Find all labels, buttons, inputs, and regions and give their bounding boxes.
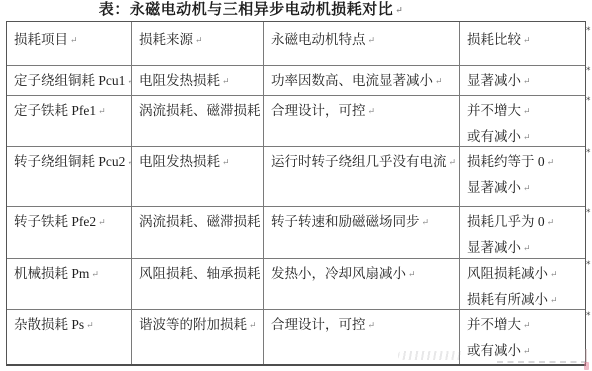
header-cell-source: 损耗来源↵ [132,22,264,66]
table-cell-source: 涡流损耗、磁滞损耗↵ [132,96,264,147]
header-label: 损耗比较↵ [467,27,581,53]
paragraph-mark: ↵ [98,217,106,227]
table-cell-feature: 运行时转子绕组几乎没有电流↵ [264,147,460,207]
row-end-mark: * [586,312,592,320]
paragraph-mark: ↵ [70,35,78,45]
paragraph-mark: ↵ [98,106,106,116]
paragraph-mark: ↵ [550,269,558,279]
cell-text: 机械损耗 Pm↵ [14,261,127,287]
paragraph-mark: ↵ [523,183,531,193]
cell-text: 损耗约等于 0↵ [467,149,581,175]
cell-text: 电阻发热损耗↵ [139,68,259,94]
paragraph-mark: ↵ [523,320,531,330]
cell-text: 或有减小↵ [467,124,581,147]
table-cell-comparison: 风阻损耗减小↵ 损耗有所减小↵ [460,259,585,310]
cell-text: 杂散损耗 Ps↵ [14,312,127,338]
table-cell-source: 电阻发热损耗↵ [132,147,264,207]
paragraph-mark: ↵ [523,76,531,86]
paragraph-mark: ↵ [449,157,457,167]
table-cell-item: 转子铁耗 Pfe2↵ [7,207,132,259]
header-cell-feature: 永磁电动机特点↵ [264,22,460,66]
table-cell-comparison: 损耗约等于 0↵ 显著减小↵ [460,147,585,207]
paragraph-mark: ↵ [547,217,555,227]
paragraph-mark: ↵ [368,320,376,330]
cell-text: 显著减小↵ [467,175,581,201]
cell-text: 合理设计，可控↵ [271,312,455,338]
cell-text: 定子铁耗 Pfe1↵ [14,98,127,124]
paragraph-mark: ↵ [368,106,376,116]
table-cell-source: 风阻损耗、轴承损耗↵ [132,259,264,310]
table-cell-feature: 功率因数高、电流显著减小↵ [264,66,460,96]
paragraph-mark: ↵ [86,320,94,330]
row-end-mark: * [586,27,592,35]
paragraph-mark: ↵ [523,35,531,45]
paragraph-mark: ↵ [422,217,430,227]
watermark-dashed-box [497,349,587,363]
cell-text: 涡流损耗、磁滞损耗↵ [139,98,259,124]
cell-text: 风阻损耗、轴承损耗↵ [139,261,259,287]
paragraph-mark: ↵ [408,269,416,279]
paragraph-mark: ↵ [91,269,99,279]
header-label: 永磁电动机特点↵ [271,27,455,53]
row-end-mark: * [586,261,592,269]
table-cell-item: 定子铁耗 Pfe1↵ [7,96,132,147]
table-title-text: 表：永磁电动机与三相异步电动机损耗对比↵ [99,2,404,18]
table-cell-comparison: 并不增大↵ 或有减小↵ [460,96,585,147]
cell-text: 并不增大↵ [467,312,581,338]
paragraph-mark: ↵ [222,76,230,86]
row-end-mark: * [586,67,592,75]
paragraph-mark: ↵ [523,106,531,116]
paragraph-mark: ↵ [222,157,230,167]
paragraph-mark: ↵ [547,157,555,167]
table-cell-feature: 转子转速和励磁磁场同步↵ [264,207,460,259]
table-cell-feature: 合理设计，可控↵ [264,96,460,147]
cell-text: 涡流损耗、磁滞损耗↵ [139,209,259,235]
table-cell-comparison: 显著减小↵ [460,66,585,96]
cell-text: 损耗有所减小↵ [467,287,581,310]
table-cell-item: 机械损耗 Pm↵ [7,259,132,310]
cell-text: 定子绕组铜耗 Pcu1↵ [14,68,127,94]
table-cell-item: 定子绕组铜耗 Pcu1↵ [7,66,132,96]
cell-text: 损耗几乎为 0↵ [467,209,581,235]
paragraph-mark: ↵ [195,35,203,45]
table-cell-item: 转子绕组铜耗 Pcu2↵ [7,147,132,207]
header-label: 损耗来源↵ [139,27,259,53]
table-cell-item: 杂散损耗 Ps↵ [7,310,132,364]
row-end-mark: * [586,97,592,105]
row-end-mark: * [586,209,592,217]
watermark-pink-mark [584,362,589,370]
header-cell-comparison: 损耗比较↵ [460,22,585,66]
table-cell-feature: 发热小，冷却风扇减小↵ [264,259,460,310]
paragraph-mark: ↵ [368,35,376,45]
table-title: 表：永磁电动机与三相异步电动机损耗对比↵ [6,1,496,19]
cell-text: 合理设计，可控↵ [271,98,455,124]
table-cell-source: 涡流损耗、磁滞损耗↵ [132,207,264,259]
table-cell-source: 电阻发热损耗↵ [132,66,264,96]
paragraph-mark: ↵ [249,320,257,330]
cell-text: 谐波等的附加损耗↵ [139,312,259,338]
header-cell-item: 损耗项目↵ [7,22,132,66]
cell-text: 转子转速和励磁磁场同步↵ [271,209,455,235]
cell-text: 显著减小↵ [467,235,581,259]
watermark-scribble [398,351,464,360]
header-label: 损耗项目↵ [14,27,127,53]
cell-text: 运行时转子绕组几乎没有电流↵ [271,149,455,175]
table-cell-source: 谐波等的附加损耗↵ [132,310,264,364]
cell-text: 显著减小↵ [467,68,581,94]
cell-text: 发热小，冷却风扇减小↵ [271,261,455,287]
paragraph-mark: ↵ [395,5,403,15]
paragraph-mark: ↵ [523,243,531,253]
paragraph-mark: ↵ [523,132,531,142]
cell-text: 电阻发热损耗↵ [139,149,259,175]
cell-text: 风阻损耗减小↵ [467,261,581,287]
cell-text: 转子铁耗 Pfe2↵ [14,209,127,235]
cell-text: 并不增大↵ [467,98,581,124]
cell-text: 功率因数高、电流显著减小↵ [271,68,455,94]
cell-text: 转子绕组铜耗 Pcu2↵ [14,149,127,175]
loss-comparison-table: 损耗项目↵ 损耗来源↵ 永磁电动机特点↵ 损耗比较↵ 定子绕组铜耗 Pcu1↵ … [6,21,586,366]
paragraph-mark: ↵ [435,76,443,86]
row-end-mark: * [586,149,592,157]
paragraph-mark: ↵ [550,295,558,305]
table-cell-comparison: 损耗几乎为 0↵ 显著减小↵ [460,207,585,259]
